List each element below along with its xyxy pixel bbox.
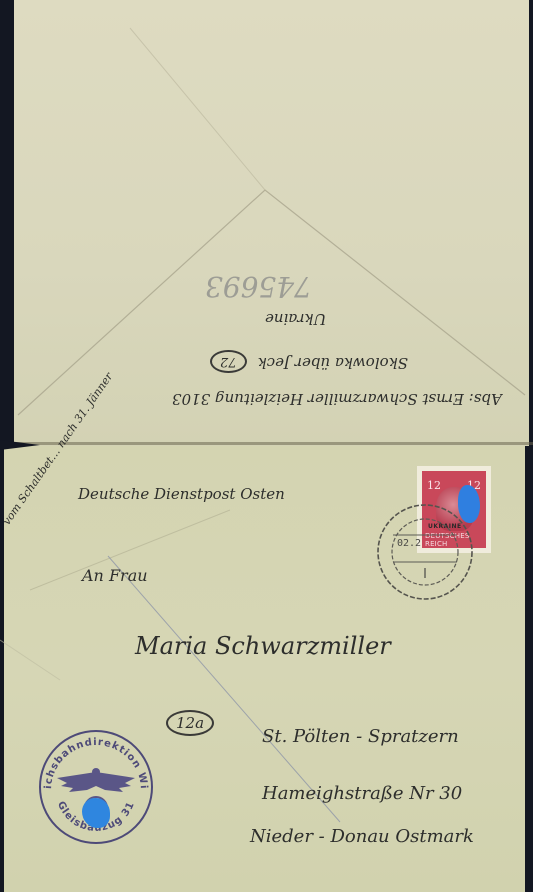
recipient-name: Maria Schwarzmiller — [135, 632, 391, 660]
sender-country: Ukraine — [265, 310, 326, 328]
sender-town-line: Skolowka über Jeck 72 — [178, 350, 408, 373]
sender-circled-code: 72 — [210, 350, 247, 373]
sender-line: Abs: Ernst Schwarzmiller Heizleitung 310… — [172, 390, 502, 408]
service-line: Deutsche Dienstpost Osten — [78, 485, 285, 503]
address-street: Hameighstraße Nr 30 — [262, 783, 462, 804]
sender-town: Skolowka über Jeck — [258, 354, 408, 372]
address-region: Nieder - Donau Ostmark — [250, 826, 474, 847]
eagle-emblem-icon: Reichsbahndirektion Wien Gleisbauzug 31 — [37, 728, 155, 846]
postmark: 02.2 — [375, 502, 475, 602]
official-seal: Reichsbahndirektion Wien Gleisbauzug 31 — [37, 728, 155, 846]
address-city: St. Pölten - Spratzern — [262, 726, 459, 747]
blue-redaction-blot — [82, 798, 110, 828]
postmark-date: 02.2 — [397, 538, 421, 549]
stamp-value-left: 12 — [427, 479, 441, 492]
postal-code-circled: 12a — [166, 710, 214, 736]
postmark-rings — [375, 502, 475, 602]
pencil-reference-number: 745693 — [205, 270, 312, 303]
salutation: An Frau — [82, 566, 148, 585]
